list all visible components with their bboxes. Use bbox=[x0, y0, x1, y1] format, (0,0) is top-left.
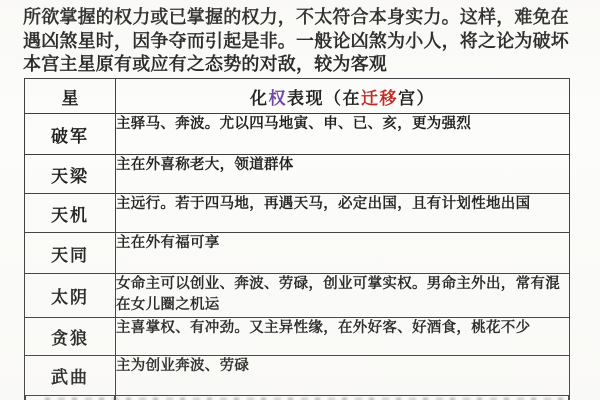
header-text-part: 宫） bbox=[398, 89, 435, 108]
star-column-header: 星 bbox=[25, 79, 116, 114]
header-text-part: 表现（在 bbox=[287, 89, 361, 108]
huaquan-accent-text: 权 bbox=[269, 89, 288, 108]
table-row: 天机 主远行。若于四马地，再遇天马，必定出国，且有计划性地出国 bbox=[25, 194, 570, 233]
desc-cell: 主驿马、奔波。尤以四马地寅、申、已、亥，更为强烈 bbox=[116, 114, 570, 155]
desc-column-header: 化权表现（在迁移宫） bbox=[116, 79, 570, 114]
star-cell: 天同 bbox=[25, 233, 116, 274]
table-row: 太阴 女命主可以创业、奔波、劳碌，创业可掌实权。男命主外出，常有混在女儿圈之机运 bbox=[25, 274, 570, 318]
qianyi-accent-text: 迁移 bbox=[361, 89, 398, 108]
table-border-stub bbox=[24, 395, 26, 400]
star-cell: 太阴 bbox=[25, 274, 116, 318]
intro-line: 遇凶煞星时，因争夺而引起是非。一般论凶煞为小人，将之论为破坏 bbox=[23, 30, 575, 54]
huaquan-qianyi-table: 星 化权表现（在迁移宫） 破军 主驿马、奔波。尤以四马地寅、申、已、亥，更为强烈… bbox=[24, 78, 570, 396]
desc-cell: 主在外喜称老大，领道群体 bbox=[116, 155, 570, 194]
desc-cell: 主在外有福可享 bbox=[116, 233, 570, 274]
table-row: 破军 主驿马、奔波。尤以四马地寅、申、已、亥，更为强烈 bbox=[25, 114, 570, 155]
table-border-stub bbox=[568, 395, 570, 400]
intro-paragraph: 所欲掌握的权力或已掌握的权力，不太符合本身实力。这样，难免在 遇凶煞星时，因争夺… bbox=[23, 6, 575, 77]
desc-cell: 主远行。若于四马地，再遇天马，必定出国，且有计划性地出国 bbox=[116, 194, 570, 233]
intro-line: 所欲掌握的权力或已掌握的权力，不太符合本身实力。这样，难免在 bbox=[23, 6, 575, 30]
scanned-document-page: 所欲掌握的权力或已掌握的权力，不太符合本身实力。这样，难免在 遇凶煞星时，因争夺… bbox=[0, 0, 600, 400]
star-cell: 天梁 bbox=[25, 155, 116, 194]
header-text-part: 化 bbox=[250, 89, 269, 108]
desc-cell: 主为创业奔波、劳碌 bbox=[116, 356, 570, 396]
star-cell: 天机 bbox=[25, 194, 116, 233]
table-row: 武曲 主为创业奔波、劳碌 bbox=[25, 356, 570, 396]
table-row: 贪狼 主喜掌权、有冲劲。又主异性缘，在外好客、好酒食，桃花不少 bbox=[25, 318, 570, 356]
intro-line: 本宫主星原有或应有之态势的对敌，较为客观 bbox=[23, 53, 575, 77]
table-row: 天同 主在外有福可享 bbox=[25, 233, 570, 274]
star-cell: 贪狼 bbox=[25, 318, 116, 356]
desc-cell: 女命主可以创业、奔波、劳碌，创业可掌实权。男命主外出，常有混在女儿圈之机运 bbox=[116, 274, 570, 318]
desc-cell: 主喜掌权、有冲劲。又主异性缘，在外好客、好酒食，桃花不少 bbox=[116, 318, 570, 356]
table-header-row: 星 化权表现（在迁移宫） bbox=[25, 79, 570, 114]
star-cell: 破军 bbox=[25, 114, 116, 155]
star-cell: 武曲 bbox=[25, 356, 116, 396]
table-row: 天梁 主在外喜称老大，领道群体 bbox=[25, 155, 570, 194]
